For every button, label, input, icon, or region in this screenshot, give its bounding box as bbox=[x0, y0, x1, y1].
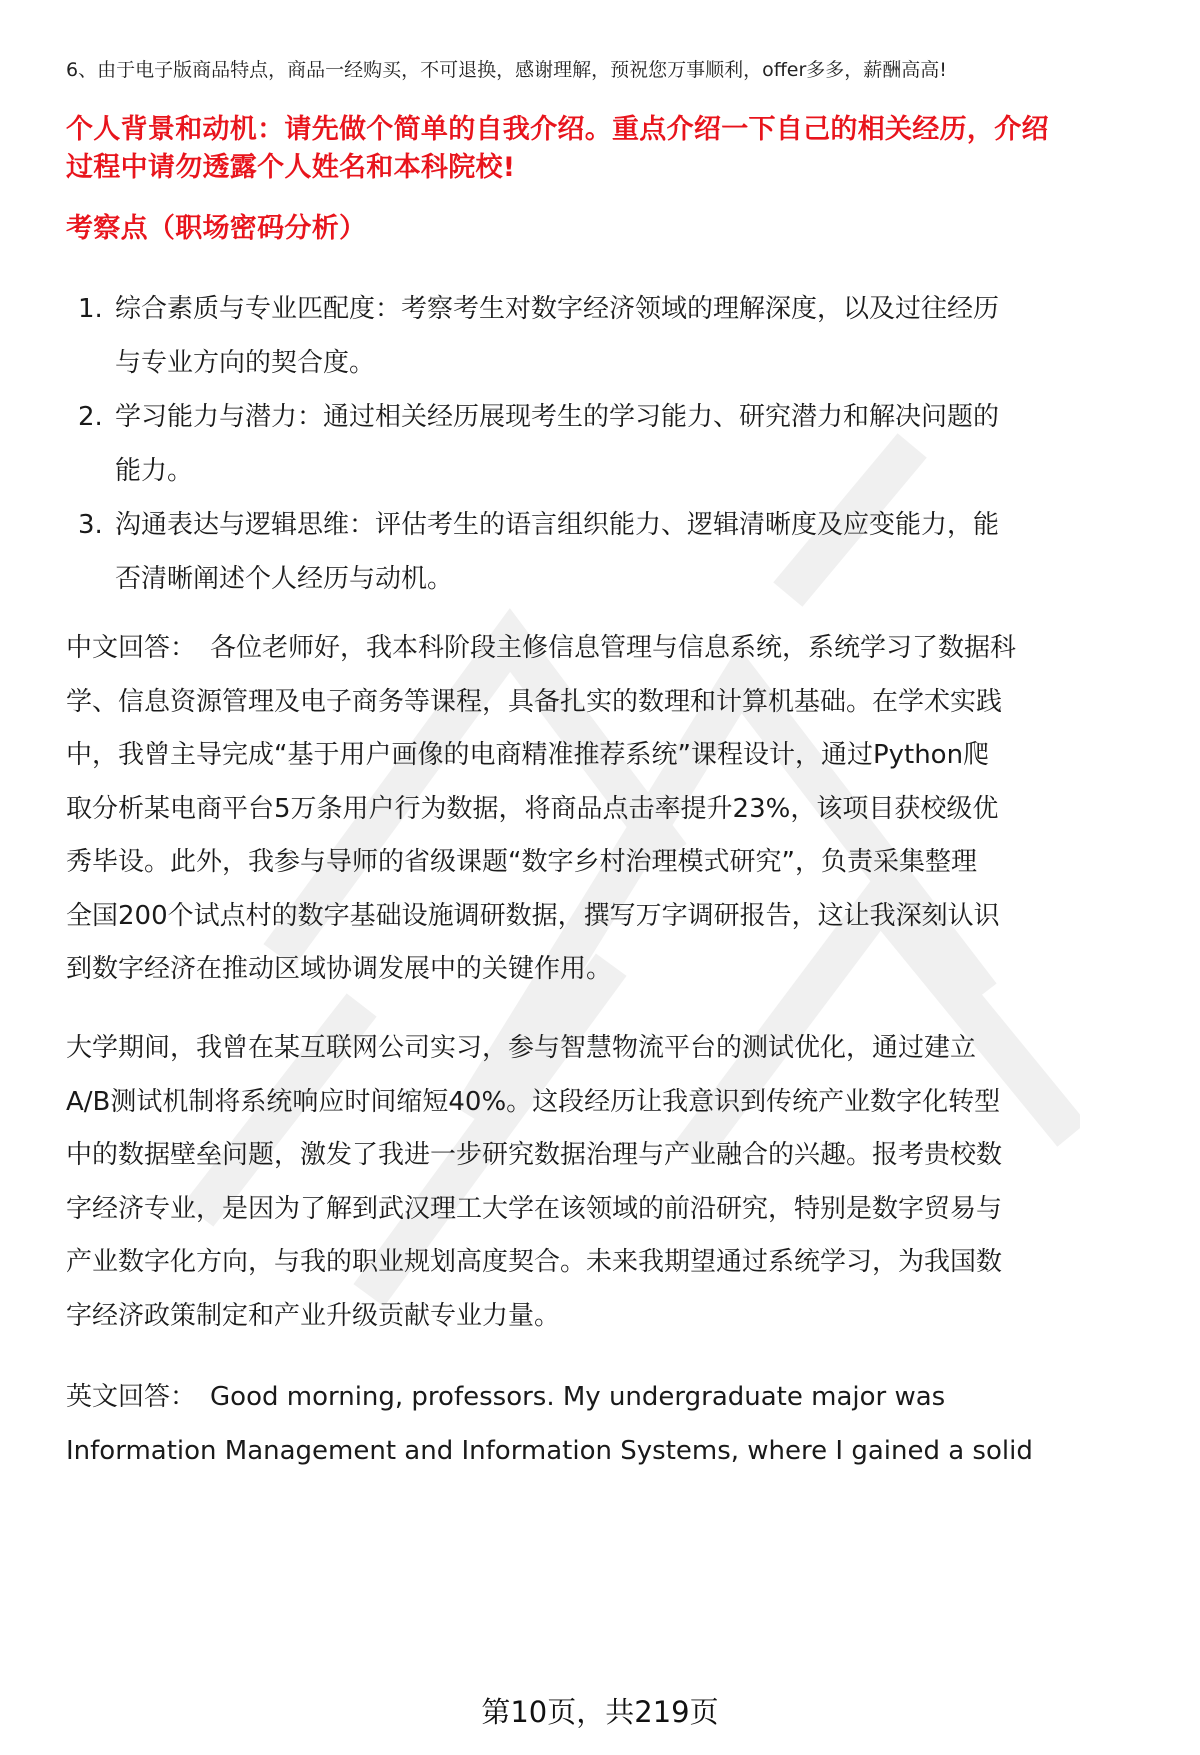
point-number: 3. bbox=[78, 498, 115, 606]
answer-line: 全国200个试点村的数字基础设施调研数据，撰写万字调研报告，这让我深刻认识 bbox=[66, 890, 1066, 944]
english-answer-paragraph: 英文回答：Good morning, professors. My underg… bbox=[66, 1371, 1066, 1478]
point-text: 综合素质与专业匹配度：考察考生对数字经济领域的理解深度，以及过往经历 与专业方向… bbox=[115, 282, 999, 390]
point-line: 综合素质与专业匹配度：考察考生对数字经济领域的理解深度，以及过往经历 bbox=[115, 282, 999, 336]
answer-line: 秀毕设。此外，我参与导师的省级课题“数字乡村治理模式研究”，负责采集整理 bbox=[66, 836, 1066, 890]
answer-text: 各位老师好，我本科阶段主修信息管理与信息系统，系统学习了数据科 bbox=[210, 633, 1016, 663]
answer-line: 到数字经济在推动区域协调发展中的关键作用。 bbox=[66, 943, 1066, 997]
analysis-points-list: 1. 综合素质与专业匹配度：考察考生对数字经济领域的理解深度，以及过往经历 与专… bbox=[78, 282, 1078, 606]
analysis-point: 2. 学习能力与潜力：通过相关经历展现考生的学习能力、研究潜力和解决问题的 能力… bbox=[78, 390, 1078, 498]
point-line: 沟通表达与逻辑思维：评估考生的语言组织能力、逻辑清晰度及应变能力，能 bbox=[115, 498, 999, 552]
interview-question: 个人背景和动机：请先做个简单的自我介绍。重点介绍一下自己的相关经历，介绍 过程中… bbox=[66, 111, 1046, 187]
answer-line: 中文回答：各位老师好，我本科阶段主修信息管理与信息系统，系统学习了数据科 bbox=[66, 622, 1066, 676]
point-line: 否清晰阐述个人经历与动机。 bbox=[115, 552, 999, 606]
analysis-title: 考察点（职场密码分析） bbox=[66, 210, 366, 248]
answer-line: 字经济政策制定和产业升级贡献专业力量。 bbox=[66, 1290, 1066, 1344]
chinese-answer-label: 中文回答： bbox=[66, 633, 196, 663]
question-line: 过程中请勿透露个人姓名和本科院校! bbox=[66, 149, 1046, 187]
analysis-point: 3. 沟通表达与逻辑思维：评估考生的语言组织能力、逻辑清晰度及应变能力，能 否清… bbox=[78, 498, 1078, 606]
analysis-point: 1. 综合素质与专业匹配度：考察考生对数字经济领域的理解深度，以及过往经历 与专… bbox=[78, 282, 1078, 390]
answer-line: 中，我曾主导完成“基于用户画像的电商精准推荐系统”课程设计，通过Python爬 bbox=[66, 729, 1066, 783]
answer-line: 中的数据壁垒问题，激发了我进一步研究数据治理与产业融合的兴趣。报考贵校数 bbox=[66, 1129, 1066, 1183]
answer-line: Information Management and Information S… bbox=[66, 1425, 1066, 1479]
answer-line: 学、信息资源管理及电子商务等课程，具备扎实的数理和计算机基础。在学术实践 bbox=[66, 676, 1066, 730]
purchase-notice: 6、由于电子版商品特点，商品一经购买，不可退换，感谢理解，预祝您万事顺利，off… bbox=[66, 58, 947, 82]
point-number: 2. bbox=[78, 390, 115, 498]
point-line: 学习能力与潜力：通过相关经历展现考生的学习能力、研究潜力和解决问题的 bbox=[115, 390, 999, 444]
english-answer-label: 英文回答： bbox=[66, 1382, 196, 1412]
answer-text: Good morning, professors. My undergradua… bbox=[210, 1382, 945, 1412]
point-number: 1. bbox=[78, 282, 115, 390]
point-line: 能力。 bbox=[115, 444, 999, 498]
answer-line: A/B测试机制将系统响应时间缩短40%。这段经历让我意识到传统产业数字化转型 bbox=[66, 1076, 1066, 1130]
answer-line: 大学期间，我曾在某互联网公司实习，参与智慧物流平台的测试优化，通过建立 bbox=[66, 1022, 1066, 1076]
answer-line: 取分析某电商平台5万条用户行为数据，将商品点击率提升23%，该项目获校级优 bbox=[66, 783, 1066, 837]
page-indicator: 第10页，共219页 bbox=[0, 1692, 1200, 1732]
answer-line: 英文回答：Good morning, professors. My underg… bbox=[66, 1371, 1066, 1425]
answer-line: 字经济专业，是因为了解到武汉理工大学在该领域的前沿研究，特别是数字贸易与 bbox=[66, 1183, 1066, 1237]
chinese-answer-paragraph-1: 中文回答：各位老师好，我本科阶段主修信息管理与信息系统，系统学习了数据科 学、信… bbox=[66, 622, 1066, 997]
chinese-answer-paragraph-2: 大学期间，我曾在某互联网公司实习，参与智慧物流平台的测试优化，通过建立 A/B测… bbox=[66, 1022, 1066, 1343]
point-text: 学习能力与潜力：通过相关经历展现考生的学习能力、研究潜力和解决问题的 能力。 bbox=[115, 390, 999, 498]
question-line: 个人背景和动机：请先做个简单的自我介绍。重点介绍一下自己的相关经历，介绍 bbox=[66, 111, 1046, 149]
point-line: 与专业方向的契合度。 bbox=[115, 336, 999, 390]
point-text: 沟通表达与逻辑思维：评估考生的语言组织能力、逻辑清晰度及应变能力，能 否清晰阐述… bbox=[115, 498, 999, 606]
answer-line: 产业数字化方向，与我的职业规划高度契合。未来我期望通过系统学习，为我国数 bbox=[66, 1236, 1066, 1290]
